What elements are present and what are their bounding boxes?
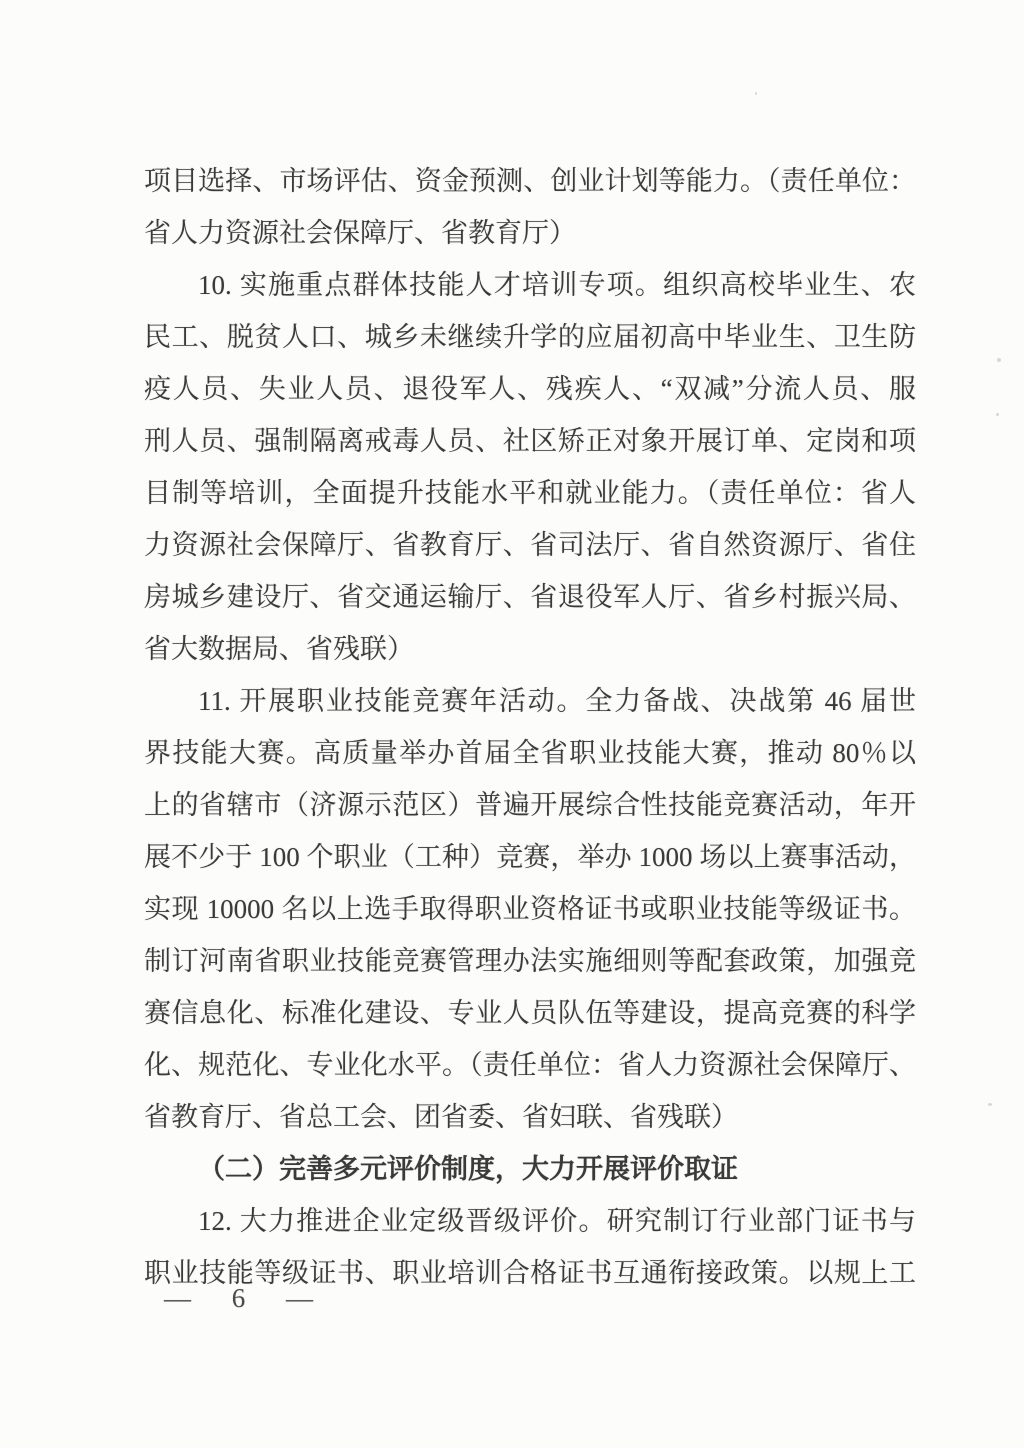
text-line: 10. 实施重点群体技能人才培训专项。组织高校毕业生、农 (144, 259, 916, 311)
text-line: 目制等培训，全面提升技能水平和就业能力。（责任单位：省人 (144, 467, 916, 519)
section-heading: （二）完善多元评价制度，大力开展评价取证 (144, 1143, 916, 1195)
page-number: — 6 — (164, 1281, 319, 1315)
scan-speck (988, 1103, 992, 1106)
text-line: 制订河南省职业技能竞赛管理办法实施细则等配套政策，加强竞 (144, 935, 916, 987)
text-line: 力资源社会保障厅、省教育厅、省司法厅、省自然资源厅、省住 (144, 519, 916, 571)
text-line: 实现 10000 名以上选手取得职业资格证书或职业技能等级证书。 (144, 883, 916, 935)
text-line: 12. 大力推进企业定级晋级评价。研究制订行业部门证书与 (144, 1195, 916, 1247)
document-text-block: 项目选择、市场评估、资金预测、创业计划等能力。（责任单位： 省人力资源社会保障厅… (144, 155, 916, 1299)
text-line: 民工、脱贫人口、城乡未继续升学的应届初高中毕业生、卫生防 (144, 311, 916, 363)
text-line: 展不少于 100 个职业（工种）竞赛，举办 1000 场以上赛事活动， (144, 831, 916, 883)
text-line: 项目选择、市场评估、资金预测、创业计划等能力。（责任单位： (144, 155, 916, 207)
scan-speck (996, 413, 999, 416)
scan-speck (263, 228, 265, 230)
text-line: 11. 开展职业技能竞赛年活动。全力备战、决战第 46 届世 (144, 675, 916, 727)
scan-speck (617, 588, 620, 590)
text-line: 刑人员、强制隔离戒毒人员、社区矫正对象开展订单、定岗和项 (144, 415, 916, 467)
text-line: 疫人员、失业人员、退役军人、残疾人、“双减”分流人员、服 (144, 363, 916, 415)
text-line: 赛信息化、标准化建设、专业人员队伍等建设，提高竞赛的科学 (144, 987, 916, 1039)
text-line: 化、规范化、专业化水平。（责任单位：省人力资源社会保障厅、 (144, 1039, 916, 1091)
scan-speck (997, 358, 1001, 362)
text-line: 省大数据局、省残联） (144, 623, 916, 675)
document-page: 项目选择、市场评估、资金预测、创业计划等能力。（责任单位： 省人力资源社会保障厅… (0, 0, 1024, 1448)
text-line: 房城乡建设厅、省交通运输厅、省退役军人厅、省乡村振兴局、 (144, 571, 916, 623)
text-line: 界技能大赛。高质量举办首届全省职业技能大赛，推动 80％以 (144, 727, 916, 779)
text-line: 省教育厅、省总工会、团省委、省妇联、省残联） (144, 1091, 916, 1143)
text-line: 省人力资源社会保障厅、省教育厅） (144, 207, 916, 259)
scan-speck (755, 92, 757, 95)
text-line: 上的省辖市（济源示范区）普遍开展综合性技能竞赛活动，年开 (144, 779, 916, 831)
